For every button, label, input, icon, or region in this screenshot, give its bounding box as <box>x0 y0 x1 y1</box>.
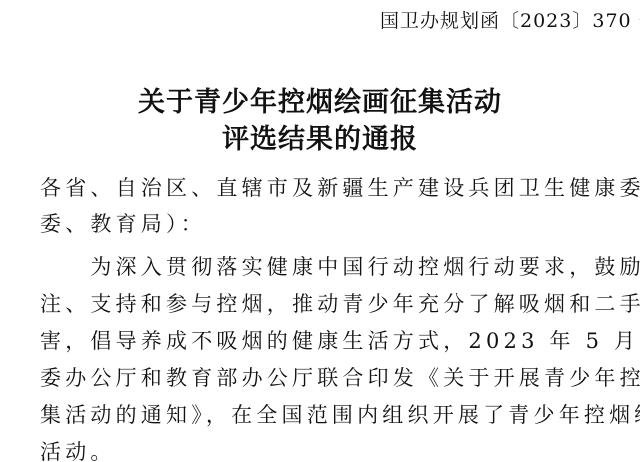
document-number: 国卫办规划函〔2023〕370 号 <box>380 6 640 33</box>
document-title-line-1: 关于青少年控烟绘画征集活动 <box>0 80 640 119</box>
body-line: 委办公厅和教育部办公厅联合印发《关于开展青少年控烟绘画征 <box>40 362 640 392</box>
body-line: 为深入贯彻落实健康中国行动控烟行动要求，鼓励青少年关 <box>40 251 640 281</box>
body-line: 活动。 <box>40 436 116 462</box>
body-line: 害，倡导养成不吸烟的健康生活方式，2023 年 5 月，国家卫生健康 <box>40 325 640 355</box>
addressee-line: 各省、自治区、直辖市及新疆生产建设兵团卫生健康委、教育厅（教 <box>40 172 640 202</box>
body-line: 注、支持和参与控烟，推动青少年充分了解吸烟和二手烟暴露危 <box>40 288 640 318</box>
addressee-line: 委、教育局）： <box>40 208 206 238</box>
body-line: 集活动的通知》，在全国范围内组织开展了青少年控烟绘画征集 <box>40 399 640 429</box>
document-title-line-2: 评选结果的通报 <box>0 117 640 156</box>
